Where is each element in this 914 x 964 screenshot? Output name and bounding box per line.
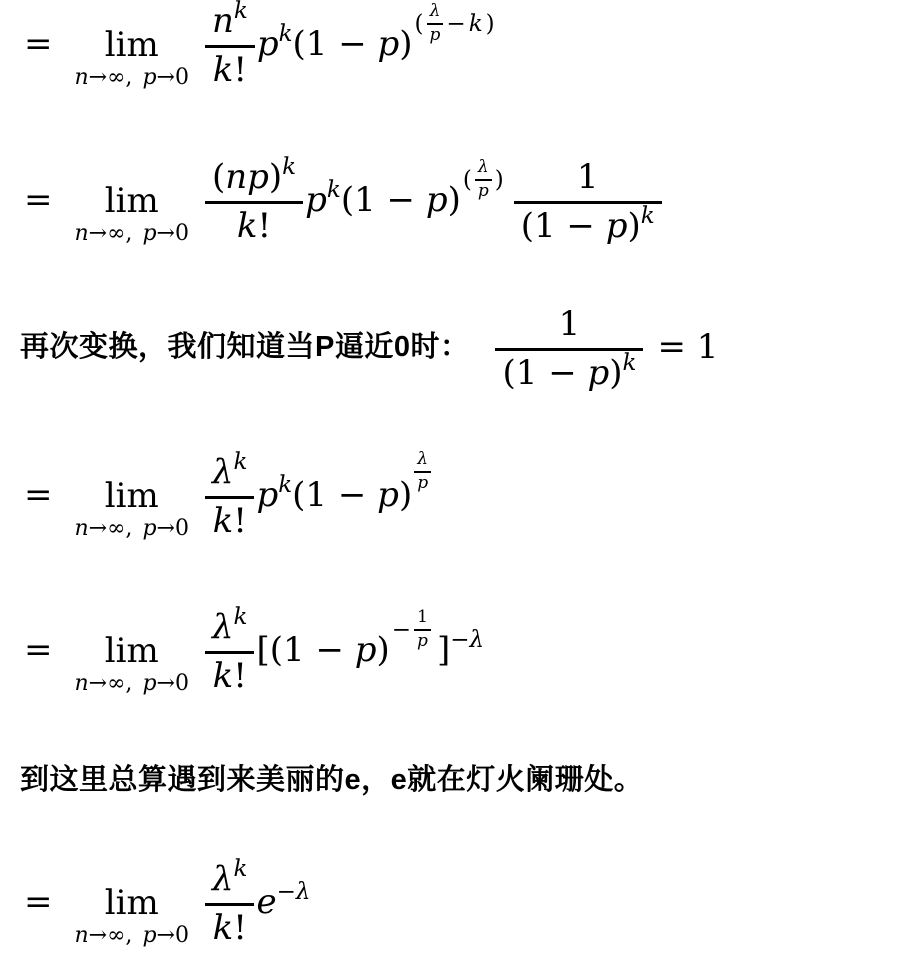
lim-label: lim	[105, 184, 159, 218]
p-exponent: k	[327, 177, 341, 203]
bracket-open: [	[256, 630, 269, 670]
term-pk-oneminusp: pk(1 − p)	[256, 478, 412, 512]
paren-open-oneminus: (1 −	[292, 475, 377, 515]
exponent-fraction-one-over-p: 1p	[414, 609, 431, 651]
lim-sub-arrow-infinity: →∞,	[89, 221, 133, 246]
paren-close: )	[399, 24, 412, 64]
text-row-2: 到这里总算遇到来美丽的e，e就在灯火阑珊处。	[0, 762, 914, 798]
denominator-p: p	[606, 206, 628, 246]
exponent-frac-numerator: λ	[414, 451, 431, 471]
fraction-nk-over-kfactorial: nk k!	[205, 4, 255, 88]
exponent-frac-numerator: λ	[427, 3, 444, 23]
lim-label: lim	[105, 634, 159, 668]
equation-row-1: = lim n→∞,p→0 nk k! pk(1 − p) ( λp − k )	[0, 2, 914, 86]
equals-sign: =	[24, 183, 53, 217]
exponent-minus: −	[392, 619, 411, 642]
exponent-minus: −	[446, 13, 465, 36]
fraction-denominator: k!	[230, 204, 278, 245]
text-equation-row: 再次变换，我们知道当P逼近0时： 1 (1 − p)k = 1	[0, 305, 914, 389]
exponent-fraction-lambda-over-p: λp	[414, 451, 431, 493]
lim-sub-arrow-zero: →0	[157, 221, 189, 246]
exponent-open-paren: (	[463, 169, 472, 192]
outer-exponent: −λ	[450, 627, 484, 653]
fraction-lambdak-over-kfactorial: λk k!	[205, 862, 255, 946]
paren-p: p	[426, 180, 448, 220]
paren-p: p	[377, 475, 399, 515]
exponent-group: λp	[414, 451, 431, 493]
denominator-k: k	[213, 908, 234, 948]
paragraph-e-note: 到这里总算遇到来美丽的e，e就在灯火阑珊处。	[20, 762, 643, 798]
outer-exponent-minus: −	[450, 627, 469, 653]
fraction-numerator: (np)k	[205, 160, 303, 201]
exponent-frac-numerator: λ	[475, 159, 492, 179]
fraction-denominator: k!	[206, 906, 254, 947]
equals-sign: =	[24, 885, 53, 919]
denominator-factorial: !	[233, 50, 247, 90]
numerator-lambda: λ	[212, 607, 234, 647]
equals-sign: =	[24, 633, 53, 667]
equation-row-2: = lim n→∞,p→0 (np)k k! pk(1 − p) ( λp ) …	[0, 158, 914, 242]
lim-sub-n: n	[75, 65, 89, 90]
denominator-exponent: k	[623, 349, 637, 375]
fraction-npk-over-kfactorial: (np)k k!	[205, 160, 303, 244]
lim-sub-arrow-infinity: →∞,	[89, 671, 133, 696]
fraction-denominator: (1 − p)k	[514, 204, 662, 245]
numerator-np: np	[225, 157, 269, 197]
lim-label: lim	[105, 886, 159, 920]
term-bracket-oneminusp: [(1 − p)	[256, 633, 389, 667]
denominator-exponent: k	[641, 202, 655, 228]
equals-sign: =	[24, 27, 53, 61]
paren-close: )	[448, 180, 461, 220]
lim-label: lim	[105, 28, 159, 62]
fraction-denominator: k!	[206, 499, 254, 540]
limit-operator: lim n→∞,p→0	[75, 886, 189, 947]
exponent-frac-denominator: p	[475, 181, 492, 201]
exponent-group: − 1p	[392, 609, 431, 651]
limit-operator: lim n→∞,p→0	[75, 479, 189, 540]
e-exponent: −λ	[277, 879, 311, 905]
paragraph-transform-note: 再次变换，我们知道当P逼近0时：	[20, 329, 469, 365]
denominator-factorial: !	[233, 656, 247, 696]
paren-close: )	[399, 475, 412, 515]
exponent-frac-denominator: p	[414, 473, 431, 493]
equals-sign: =	[24, 478, 53, 512]
p-base: p	[305, 180, 327, 220]
e-base: e	[256, 882, 276, 922]
term-bracket-close-exponent: ]−λ	[437, 633, 484, 667]
numerator-exponent: k	[234, 604, 248, 630]
exponent-close-paren: )	[495, 169, 504, 192]
exponent-k: k	[469, 13, 483, 36]
numerator-open-paren: (	[212, 157, 225, 197]
denominator-factorial: !	[233, 908, 247, 948]
lim-sub-p: p	[142, 65, 156, 90]
p-base: p	[257, 24, 279, 64]
fraction-numerator: λk	[205, 862, 255, 903]
exponent-group: ( λp − k )	[415, 3, 495, 45]
exponent-frac-denominator: p	[414, 631, 431, 651]
lim-sub-n: n	[75, 221, 89, 246]
denominator-open-oneminus: (1 −	[521, 206, 606, 246]
exponent-group: ( λp )	[463, 159, 504, 201]
numerator-lambda: λ	[212, 452, 234, 492]
lim-label: lim	[105, 479, 159, 513]
fraction-lambdak-over-kfactorial: λk k!	[205, 610, 255, 694]
lim-sub-arrow-zero: →0	[157, 65, 189, 90]
paren-p: p	[378, 24, 400, 64]
outer-exponent-lambda: λ	[469, 627, 484, 653]
equals-one: = 1	[657, 330, 718, 364]
denominator-open-oneminus: (1 −	[502, 353, 587, 393]
numerator-one: 1	[577, 157, 599, 197]
lim-subscript: n→∞,p→0	[75, 673, 189, 695]
term-pk-oneminusp: pk(1 − p)	[305, 183, 461, 217]
limit-operator: lim n→∞,p→0	[75, 634, 189, 695]
lim-sub-p: p	[142, 671, 156, 696]
denominator-k: k	[213, 50, 234, 90]
paren-p: p	[355, 630, 377, 670]
limit-operator: lim n→∞,p→0	[75, 28, 189, 89]
fraction-numerator: 1	[570, 160, 606, 201]
fraction-one-over-oneminusp-k: 1 (1 − p)k	[495, 307, 643, 391]
lim-sub-arrow-zero: →0	[157, 516, 189, 541]
lim-sub-arrow-infinity: →∞,	[89, 65, 133, 90]
term-pk-oneminusp: pk(1 − p)	[257, 27, 413, 61]
paren-open-oneminus: (1 −	[293, 24, 378, 64]
denominator-close-paren: )	[609, 353, 622, 393]
lim-sub-n: n	[75, 671, 89, 696]
equation-row-3: = lim n→∞,p→0 λk k! pk(1 − p) λp	[0, 453, 914, 537]
fraction-denominator: k!	[206, 654, 254, 695]
lim-sub-n: n	[75, 923, 89, 948]
lim-sub-arrow-infinity: →∞,	[89, 516, 133, 541]
lim-sub-p: p	[142, 923, 156, 948]
fraction-numerator: λk	[205, 610, 255, 651]
exponent-fraction-lambda-over-p: λp	[475, 159, 492, 201]
exponent-frac-denominator: p	[427, 25, 444, 45]
numerator-exponent: k	[234, 0, 248, 24]
paren-open-oneminus: (1 −	[341, 180, 426, 220]
fraction-denominator: (1 − p)k	[495, 351, 643, 392]
fraction-numerator: λk	[205, 455, 255, 496]
exponent-close-paren: )	[486, 13, 495, 36]
numerator-base: n	[212, 1, 234, 41]
lim-sub-p: p	[142, 516, 156, 541]
denominator-factorial: !	[258, 206, 272, 246]
lim-subscript: n→∞,p→0	[75, 67, 189, 89]
exponent-fraction-lambda-over-p: λp	[427, 3, 444, 45]
denominator-k: k	[213, 501, 234, 541]
lim-sub-arrow-zero: →0	[157, 923, 189, 948]
fraction-denominator: k!	[206, 48, 254, 89]
numerator-one: 1	[559, 304, 581, 344]
lim-subscript: n→∞,p→0	[75, 223, 189, 245]
p-base: p	[256, 475, 278, 515]
lim-sub-n: n	[75, 516, 89, 541]
e-exponent-minus: −	[277, 879, 296, 905]
fraction-lambdak-over-kfactorial: λk k!	[205, 455, 255, 539]
equation-row-5: = lim n→∞,p→0 λk k! e−λ	[0, 860, 914, 944]
lim-sub-arrow-zero: →0	[157, 671, 189, 696]
lim-subscript: n→∞,p→0	[75, 518, 189, 540]
numerator-exponent: k	[282, 154, 296, 180]
denominator-k: k	[237, 206, 258, 246]
fraction-numerator: 1	[552, 307, 588, 348]
numerator-exponent: k	[234, 856, 248, 882]
term-e-minus-lambda: e−λ	[256, 885, 310, 919]
p-exponent: k	[279, 21, 293, 47]
p-exponent: k	[278, 472, 292, 498]
lim-sub-p: p	[142, 221, 156, 246]
fraction-numerator: nk	[205, 4, 255, 45]
denominator-close-paren: )	[627, 206, 640, 246]
exponent-open-paren: (	[415, 13, 424, 36]
lim-sub-arrow-infinity: →∞,	[89, 923, 133, 948]
equation-row-4: = lim n→∞,p→0 λk k! [(1 − p) − 1p ]−λ	[0, 608, 914, 692]
exponent-frac-numerator: 1	[414, 609, 431, 629]
document-page: { "page": { "background": "#ffffff", "te…	[0, 0, 914, 964]
fraction-one-over-oneminusp-k: 1 (1 − p)k	[514, 160, 662, 244]
numerator-lambda: λ	[212, 859, 234, 899]
numerator-close-paren: )	[269, 157, 282, 197]
denominator-p: p	[587, 353, 609, 393]
denominator-factorial: !	[233, 501, 247, 541]
paren-open-oneminus: (1 −	[270, 630, 355, 670]
bracket-close: ]	[437, 630, 450, 670]
e-exponent-lambda: λ	[296, 879, 311, 905]
numerator-exponent: k	[234, 449, 248, 475]
lim-subscript: n→∞,p→0	[75, 925, 189, 947]
paren-close: )	[377, 630, 390, 670]
limit-operator: lim n→∞,p→0	[75, 184, 189, 245]
denominator-k: k	[213, 656, 234, 696]
